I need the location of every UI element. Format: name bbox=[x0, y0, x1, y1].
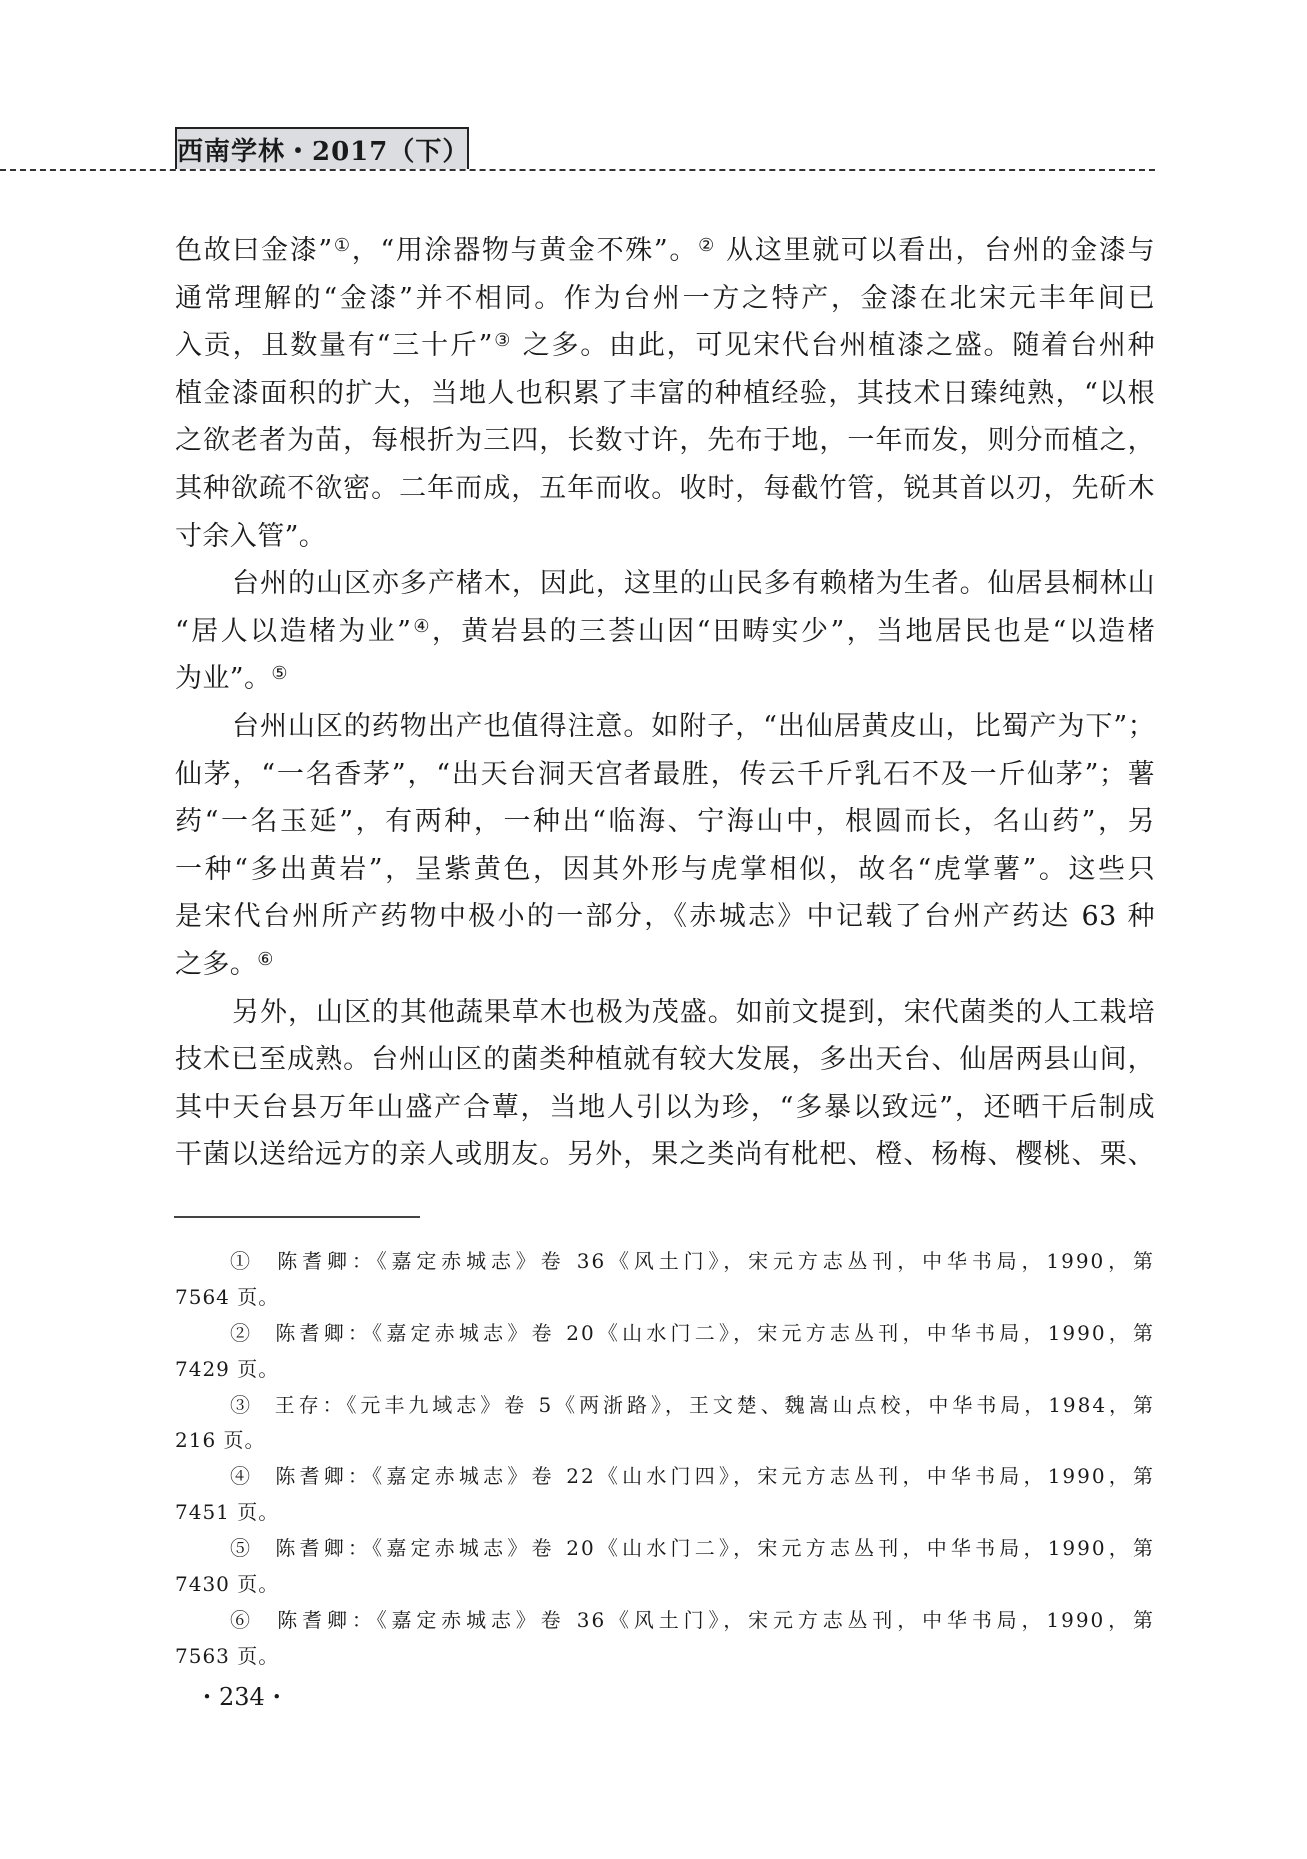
page-number: ・234・ bbox=[195, 1680, 289, 1714]
text-line: 之多。⑥ bbox=[175, 941, 1155, 989]
text-line: 仙茅，“一名香茅”，“出天台洞天宫者最胜，传云千斤乳石不及一斤仙茅”；薯 bbox=[175, 751, 1155, 799]
footnote-ref[interactable]: ⑤ bbox=[271, 663, 288, 684]
footnote-marker: ① bbox=[230, 1249, 255, 1273]
text-line: 其中天台县万年山盛产合蕈，当地人引以为珍，“多暴以致远”，还晒干后制成 bbox=[175, 1084, 1155, 1132]
footnote-1-cont: 7564 页。 bbox=[175, 1280, 1155, 1316]
text-line: “居人以造楮为业”④，黄岩县的三荟山因“田畴实少”，当地居民也是“以造楮 bbox=[175, 608, 1155, 656]
paragraph-start: 另外，山区的其他蔬果草木也极为茂盛。如前文提到，宋代菌类的人工栽培 bbox=[175, 989, 1155, 1037]
running-head: 西南学林・2017（下） bbox=[175, 127, 469, 169]
text-line: 一种“多出黄岩”，呈紫黄色，因其外形与虎掌相似，故名“虎掌薯”。这些只 bbox=[175, 846, 1155, 894]
paragraph-start: 台州山区的药物出产也值得注意。如附子，“出仙居黄皮山，比蜀产为下”； bbox=[175, 703, 1155, 751]
footnote-marker: ③ bbox=[230, 1393, 254, 1417]
footnote-6: ⑥ 陈耆卿：《嘉定赤城志》卷 36《风土门》，宋元方志丛刊，中华书局，1990，… bbox=[175, 1603, 1155, 1639]
footnote-2-cont: 7429 页。 bbox=[175, 1352, 1155, 1388]
text-line: 入贡，且数量有“三十斤”③ 之多。由此，可见宋代台州植漆之盛。随着台州种 bbox=[175, 322, 1155, 370]
text-line: 色故曰金漆”①，“用涂器物与黄金不殊”。② 从这里就可以看出，台州的金漆与 bbox=[175, 227, 1155, 275]
body-text: 色故曰金漆”①，“用涂器物与黄金不殊”。② 从这里就可以看出，台州的金漆与 通常… bbox=[175, 227, 1155, 1179]
journal-title: 西南学林・2017（下） bbox=[177, 131, 467, 168]
footnote-3-cont: 216 页。 bbox=[175, 1423, 1155, 1459]
footnote-ref[interactable]: ② bbox=[698, 235, 716, 256]
footnote-ref[interactable]: ① bbox=[333, 235, 352, 256]
footnote-2: ② 陈耆卿：《嘉定赤城志》卷 20《山水门二》，宋元方志丛刊，中华书局，1990… bbox=[175, 1316, 1155, 1352]
footnote-5: ⑤ 陈耆卿：《嘉定赤城志》卷 20《山水门二》，宋元方志丛刊，中华书局，1990… bbox=[175, 1531, 1155, 1567]
text-line: 是宋代台州所产药物中极小的一部分，《赤城志》中记载了台州产药达 63 种 bbox=[175, 893, 1155, 941]
text-line: 技术已至成熟。台州山区的菌类种植就有较大发展，多出天台、仙居两县山间， bbox=[175, 1036, 1155, 1084]
text-line: 为业”。⑤ bbox=[175, 655, 1155, 703]
text-line: 之欲老者为苗，每根折为三四，长数寸许，先布于地，一年而发，则分而植之， bbox=[175, 417, 1155, 465]
text-line: 植金漆面积的扩大，当地人也积累了丰富的种植经验，其技术日臻纯熟，“以根 bbox=[175, 370, 1155, 418]
footnote-marker: ⑤ bbox=[230, 1536, 254, 1560]
text-line: 通常理解的“金漆”并不相同。作为台州一方之特产，金漆在北宋元丰年间已 bbox=[175, 275, 1155, 323]
footnote-ref[interactable]: ③ bbox=[493, 330, 512, 351]
footnote-4: ④ 陈耆卿：《嘉定赤城志》卷 22《山水门四》，宋元方志丛刊，中华书局，1990… bbox=[175, 1459, 1155, 1495]
footnote-ref[interactable]: ④ bbox=[411, 616, 432, 637]
footnote-5-cont: 7430 页。 bbox=[175, 1567, 1155, 1603]
footnote-6-cont: 7563 页。 bbox=[175, 1639, 1155, 1675]
footnote-marker: ⑥ bbox=[230, 1608, 255, 1632]
text-line: 药“一名玉延”，有两种，一种出“临海、宁海山中，根圆而长，名山药”，另 bbox=[175, 798, 1155, 846]
footnote-4-cont: 7451 页。 bbox=[175, 1495, 1155, 1531]
footnote-1: ① 陈耆卿：《嘉定赤城志》卷 36《风土门》，宋元方志丛刊，中华书局，1990，… bbox=[175, 1244, 1155, 1280]
header-dashed-rule bbox=[0, 169, 1155, 171]
text-line: 干菌以送给远方的亲人或朋友。另外，果之类尚有枇杷、橙、杨梅、樱桃、栗、 bbox=[175, 1131, 1155, 1179]
footnotes: ① 陈耆卿：《嘉定赤城志》卷 36《风土门》，宋元方志丛刊，中华书局，1990，… bbox=[175, 1244, 1155, 1675]
footnote-ref[interactable]: ⑥ bbox=[257, 949, 274, 970]
text-line: 其种欲疏不欲密。二年而成，五年而收。收时，每截竹管，锐其首以刃，先斫木 bbox=[175, 465, 1155, 513]
text-line: 寸余入管”。 bbox=[175, 513, 1155, 561]
paragraph-start: 台州的山区亦多产楮木，因此，这里的山民多有赖楮为生者。仙居县桐林山 bbox=[175, 560, 1155, 608]
footnote-3: ③ 王存：《元丰九域志》卷 5《两浙路》，王文楚、魏嵩山点校，中华书局，1984… bbox=[175, 1388, 1155, 1424]
footnote-separator bbox=[174, 1216, 420, 1218]
footnote-marker: ② bbox=[230, 1321, 254, 1345]
footnote-marker: ④ bbox=[230, 1464, 254, 1488]
